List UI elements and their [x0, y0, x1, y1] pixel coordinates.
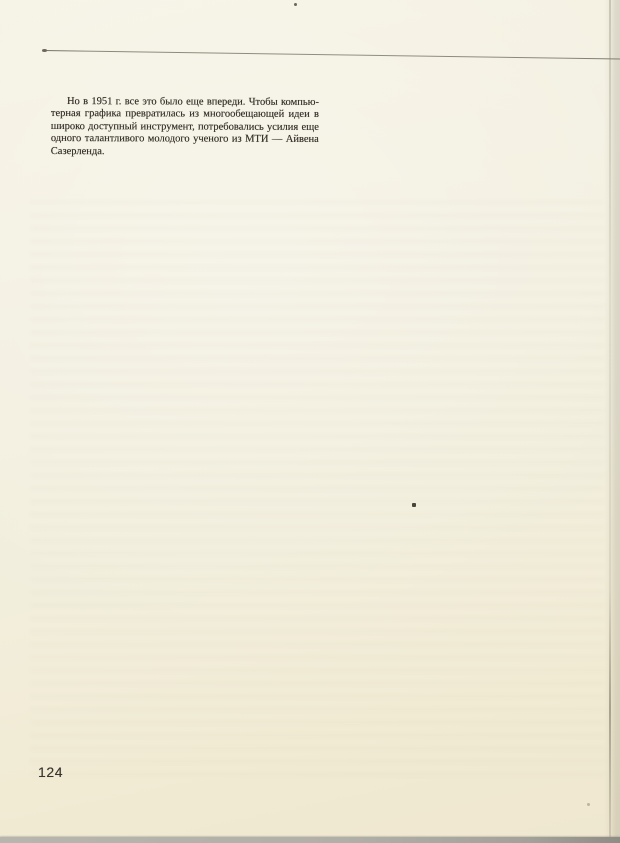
- paragraph-line: терная графика превратилась из многообещ…: [51, 108, 319, 121]
- page-number: 124: [38, 765, 63, 779]
- body-paragraph: Но в 1951 г. все это было еще впереди. Ч…: [51, 96, 319, 159]
- paper-showthrough-texture: [30, 200, 605, 780]
- scanned-book-page: Но в 1951 г. все это было еще впереди. Ч…: [0, 0, 620, 843]
- scan-speck: [294, 3, 297, 6]
- paragraph-line: Сазерленда.: [51, 146, 319, 159]
- bottom-scan-edge: [0, 837, 620, 843]
- header-rule: [43, 50, 620, 60]
- scan-speck: [587, 803, 590, 806]
- paragraph-line: одного талантливого молодого ученого из …: [51, 133, 319, 146]
- right-scan-shadow: [604, 0, 620, 843]
- scan-speck: [412, 503, 416, 507]
